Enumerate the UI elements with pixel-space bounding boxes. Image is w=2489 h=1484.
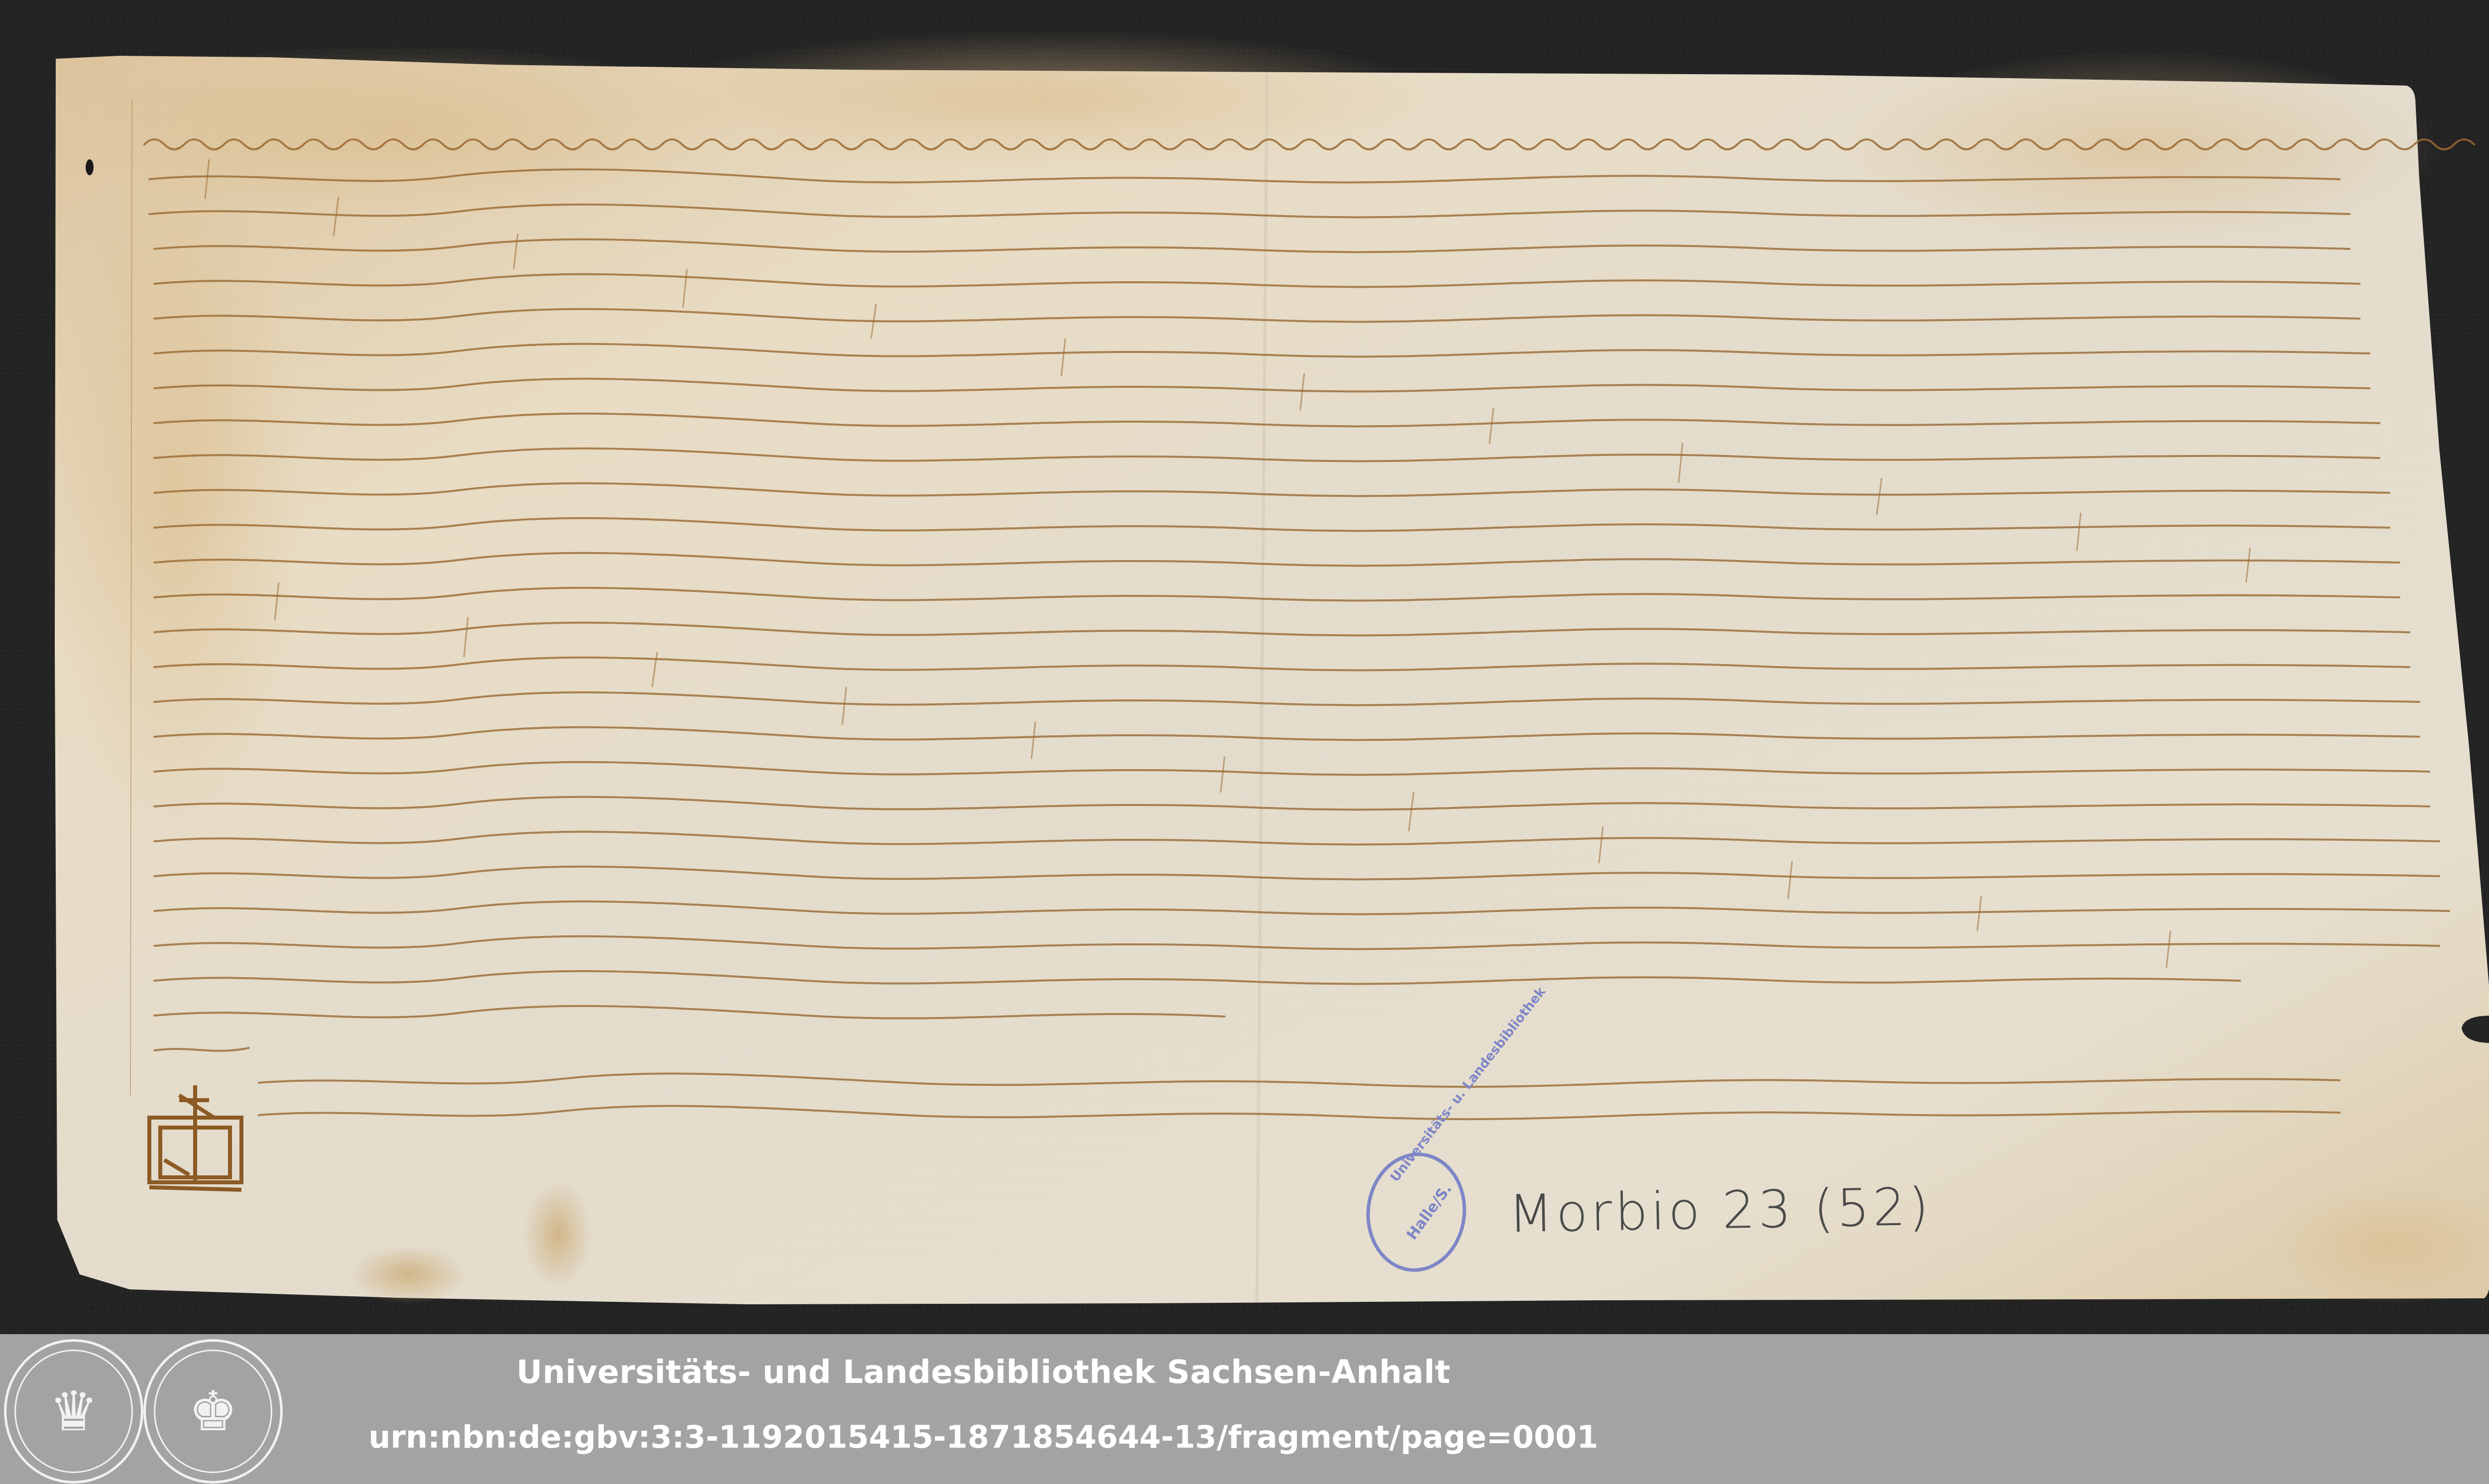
pencil-shelfmark: Morbio 23 (52) (1508, 1176, 1932, 1245)
footer-bar: ♛ ♚ Universitäts- und Landesbibliothek S… (0, 1334, 2489, 1484)
urn-identifier[interactable]: urn:nbn:de:gbv:3:3-1192015415-1871854644… (0, 1419, 2472, 1455)
stamp-center-text: Halle/S. (1403, 1180, 1456, 1243)
scan-area: Universitäts- u. Landesbibliothek Halle/… (0, 0, 2489, 1334)
parchment-svg (0, 0, 2489, 1334)
institution-name: Universitäts- und Landesbibliothek Sachs… (0, 1354, 2472, 1391)
parchment-charter: Universitäts- u. Landesbibliothek Halle/… (0, 0, 2489, 1334)
